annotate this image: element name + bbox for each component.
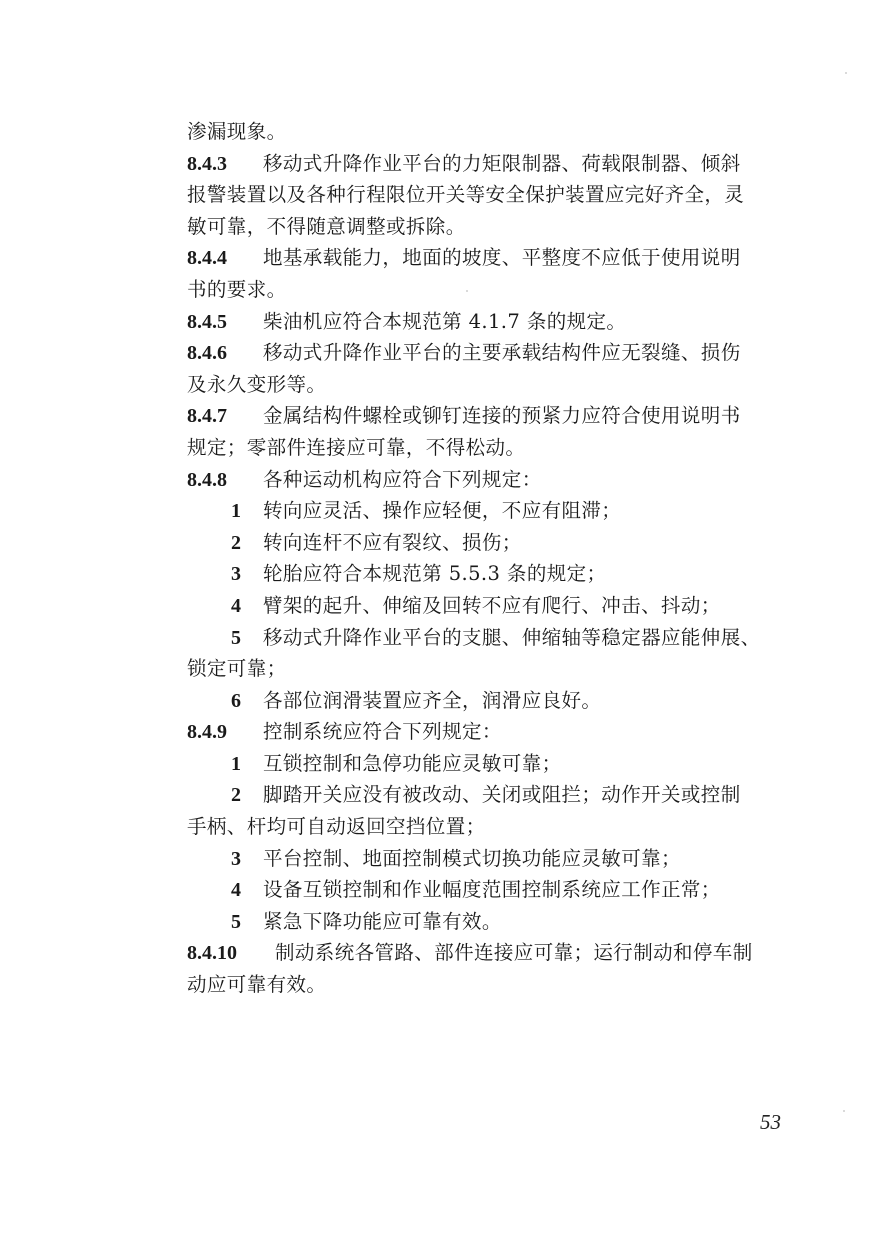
list-item: 3轮胎应符合本规范第 5.5.3 条的规定； bbox=[187, 558, 805, 590]
clause-number: 8.4.3 bbox=[187, 149, 263, 181]
list-item-continuation: 锁定可靠； bbox=[187, 653, 805, 685]
clause-text: 制动系统各管路、部件连接应可靠；运行制动和停车制 bbox=[275, 941, 753, 964]
clause-line: 8.4.8各种运动机构应符合下列规定： bbox=[187, 464, 805, 496]
clause-text: 金属结构件螺栓或铆钉连接的预紧力应符合使用说明书 bbox=[263, 404, 741, 427]
item-text: 锁定可靠； bbox=[187, 657, 287, 680]
list-item: 3平台控制、地面控制模式切换功能应灵敏可靠； bbox=[187, 843, 805, 875]
item-number: 4 bbox=[231, 875, 263, 907]
item-number: 5 bbox=[231, 623, 263, 655]
list-item: 2转向连杆不应有裂纹、损伤； bbox=[187, 527, 805, 559]
item-number: 1 bbox=[231, 749, 263, 781]
clause-text: 控制系统应符合下列规定： bbox=[263, 720, 502, 743]
clause-line: 8.4.9控制系统应符合下列规定： bbox=[187, 716, 805, 748]
item-text: 手柄、杆均可自动返回空挡位置； bbox=[187, 815, 486, 838]
clause-text: 敏可靠，不得随意调整或拆除。 bbox=[187, 215, 466, 238]
clause-8-4-3: 8.4.3移动式升降作业平台的力矩限制器、荷载限制器、倾斜 报警装置以及各种行程… bbox=[187, 148, 805, 243]
clause-8-4-4: 8.4.4地基承载能力，地面的坡度、平整度不应低于使用说明 书的要求。 bbox=[187, 242, 805, 305]
clause-number: 8.4.6 bbox=[187, 338, 263, 370]
clause-text: 书的要求。 bbox=[187, 278, 287, 301]
item-number: 3 bbox=[231, 559, 263, 591]
clause-number: 8.4.5 bbox=[187, 307, 263, 339]
list-item: 5紧急下降功能应可靠有效。 bbox=[187, 906, 805, 938]
clause-8-4-6: 8.4.6移动式升降作业平台的主要承载结构件应无裂缝、损伤 及永久变形等。 bbox=[187, 337, 805, 400]
clause-text: 及永久变形等。 bbox=[187, 373, 326, 396]
item-text: 转向连杆不应有裂纹、损伤； bbox=[263, 531, 522, 554]
item-text: 脚踏开关应没有被改动、关闭或阻拦；动作开关或控制 bbox=[263, 783, 741, 806]
clause-8-4-8: 8.4.8各种运动机构应符合下列规定： 1转向应灵活、操作应轻便，不应有阻滞； … bbox=[187, 464, 805, 717]
clause-line: 书的要求。 bbox=[187, 274, 805, 306]
clause-text: 移动式升降作业平台的力矩限制器、荷载限制器、倾斜 bbox=[263, 152, 741, 175]
clause-line: 8.4.6移动式升降作业平台的主要承载结构件应无裂缝、损伤 bbox=[187, 337, 805, 369]
clause-line: 规定；零部件连接应可靠，不得松动。 bbox=[187, 432, 805, 464]
list-item: 4设备互锁控制和作业幅度范围控制系统应工作正常； bbox=[187, 874, 805, 906]
clause-text: 报警装置以及各种行程限位开关等安全保护装置应完好齐全，灵 bbox=[187, 183, 744, 206]
item-number: 2 bbox=[231, 528, 263, 560]
clause-line: 及永久变形等。 bbox=[187, 369, 805, 401]
continuation-line: 渗漏现象。 bbox=[187, 116, 805, 148]
item-text: 各部位润滑装置应齐全，润滑应良好。 bbox=[263, 689, 601, 712]
list-item: 1转向应灵活、操作应轻便，不应有阻滞； bbox=[187, 495, 805, 527]
list-item: 6各部位润滑装置应齐全，润滑应良好。 bbox=[187, 685, 805, 717]
scan-speck bbox=[843, 1110, 845, 1112]
list-item: 2脚踏开关应没有被改动、关闭或阻拦；动作开关或控制 bbox=[187, 779, 805, 811]
clause-line: 8.4.7金属结构件螺栓或铆钉连接的预紧力应符合使用说明书 bbox=[187, 400, 805, 432]
list-item: 1互锁控制和急停功能应灵敏可靠； bbox=[187, 748, 805, 780]
clause-number: 8.4.4 bbox=[187, 243, 263, 275]
list-item: 5移动式升降作业平台的支腿、伸缩轴等稳定器应能伸展、 bbox=[187, 622, 805, 654]
item-text: 臂架的起升、伸缩及回转不应有爬行、冲击、抖动； bbox=[263, 594, 721, 617]
item-text: 紧急下降功能应可靠有效。 bbox=[263, 910, 502, 933]
item-number: 4 bbox=[231, 591, 263, 623]
document-page: 渗漏现象。 8.4.3移动式升降作业平台的力矩限制器、荷载限制器、倾斜 报警装置… bbox=[0, 0, 878, 1241]
scan-speck bbox=[845, 72, 847, 74]
clause-line: 8.4.10制动系统各管路、部件连接应可靠；运行制动和停车制 bbox=[187, 937, 805, 969]
item-number: 3 bbox=[231, 844, 263, 876]
scan-speck bbox=[466, 290, 468, 292]
item-number: 5 bbox=[231, 907, 263, 939]
clause-text: 各种运动机构应符合下列规定： bbox=[263, 468, 542, 491]
list-item-continuation: 手柄、杆均可自动返回空挡位置； bbox=[187, 811, 805, 843]
clause-number: 8.4.9 bbox=[187, 717, 263, 749]
clause-number: 8.4.8 bbox=[187, 465, 263, 497]
page-number: 53 bbox=[760, 1110, 781, 1135]
clause-text: 地基承载能力，地面的坡度、平整度不应低于使用说明 bbox=[263, 246, 741, 269]
clause-text: 规定；零部件连接应可靠，不得松动。 bbox=[187, 436, 525, 459]
item-number: 2 bbox=[231, 780, 263, 812]
paragraph-text: 渗漏现象。 bbox=[187, 120, 287, 143]
clause-line: 动应可靠有效。 bbox=[187, 969, 805, 1001]
item-number: 1 bbox=[231, 496, 263, 528]
clause-8-4-9: 8.4.9控制系统应符合下列规定： 1互锁控制和急停功能应灵敏可靠； 2脚踏开关… bbox=[187, 716, 805, 937]
item-text: 转向应灵活、操作应轻便，不应有阻滞； bbox=[263, 499, 621, 522]
clause-number: 8.4.7 bbox=[187, 401, 263, 433]
item-text: 轮胎应符合本规范第 5.5.3 条的规定； bbox=[263, 562, 606, 585]
clause-8-4-10: 8.4.10制动系统各管路、部件连接应可靠；运行制动和停车制 动应可靠有效。 bbox=[187, 937, 805, 1000]
item-text: 互锁控制和急停功能应灵敏可靠； bbox=[263, 752, 562, 775]
clause-line: 8.4.3移动式升降作业平台的力矩限制器、荷载限制器、倾斜 bbox=[187, 148, 805, 180]
clause-line: 8.4.4地基承载能力，地面的坡度、平整度不应低于使用说明 bbox=[187, 242, 805, 274]
item-number: 6 bbox=[231, 686, 263, 718]
clause-line: 8.4.5柴油机应符合本规范第 4.1.7 条的规定。 bbox=[187, 306, 805, 338]
clause-8-4-5: 8.4.5柴油机应符合本规范第 4.1.7 条的规定。 bbox=[187, 306, 805, 338]
clause-line: 报警装置以及各种行程限位开关等安全保护装置应完好齐全，灵 bbox=[187, 179, 805, 211]
clause-text: 动应可靠有效。 bbox=[187, 973, 326, 996]
item-text: 平台控制、地面控制模式切换功能应灵敏可靠； bbox=[263, 847, 681, 870]
clause-number: 8.4.10 bbox=[187, 938, 275, 970]
document-body: 渗漏现象。 8.4.3移动式升降作业平台的力矩限制器、荷载限制器、倾斜 报警装置… bbox=[187, 116, 805, 1001]
clause-line: 敏可靠，不得随意调整或拆除。 bbox=[187, 211, 805, 243]
clause-text: 柴油机应符合本规范第 4.1.7 条的规定。 bbox=[263, 310, 626, 333]
list-item: 4臂架的起升、伸缩及回转不应有爬行、冲击、抖动； bbox=[187, 590, 805, 622]
item-text: 设备互锁控制和作业幅度范围控制系统应工作正常； bbox=[263, 878, 721, 901]
clause-text: 移动式升降作业平台的主要承载结构件应无裂缝、损伤 bbox=[263, 341, 741, 364]
clause-8-4-7: 8.4.7金属结构件螺栓或铆钉连接的预紧力应符合使用说明书 规定；零部件连接应可… bbox=[187, 400, 805, 463]
item-text: 移动式升降作业平台的支腿、伸缩轴等稳定器应能伸展、 bbox=[263, 626, 761, 649]
